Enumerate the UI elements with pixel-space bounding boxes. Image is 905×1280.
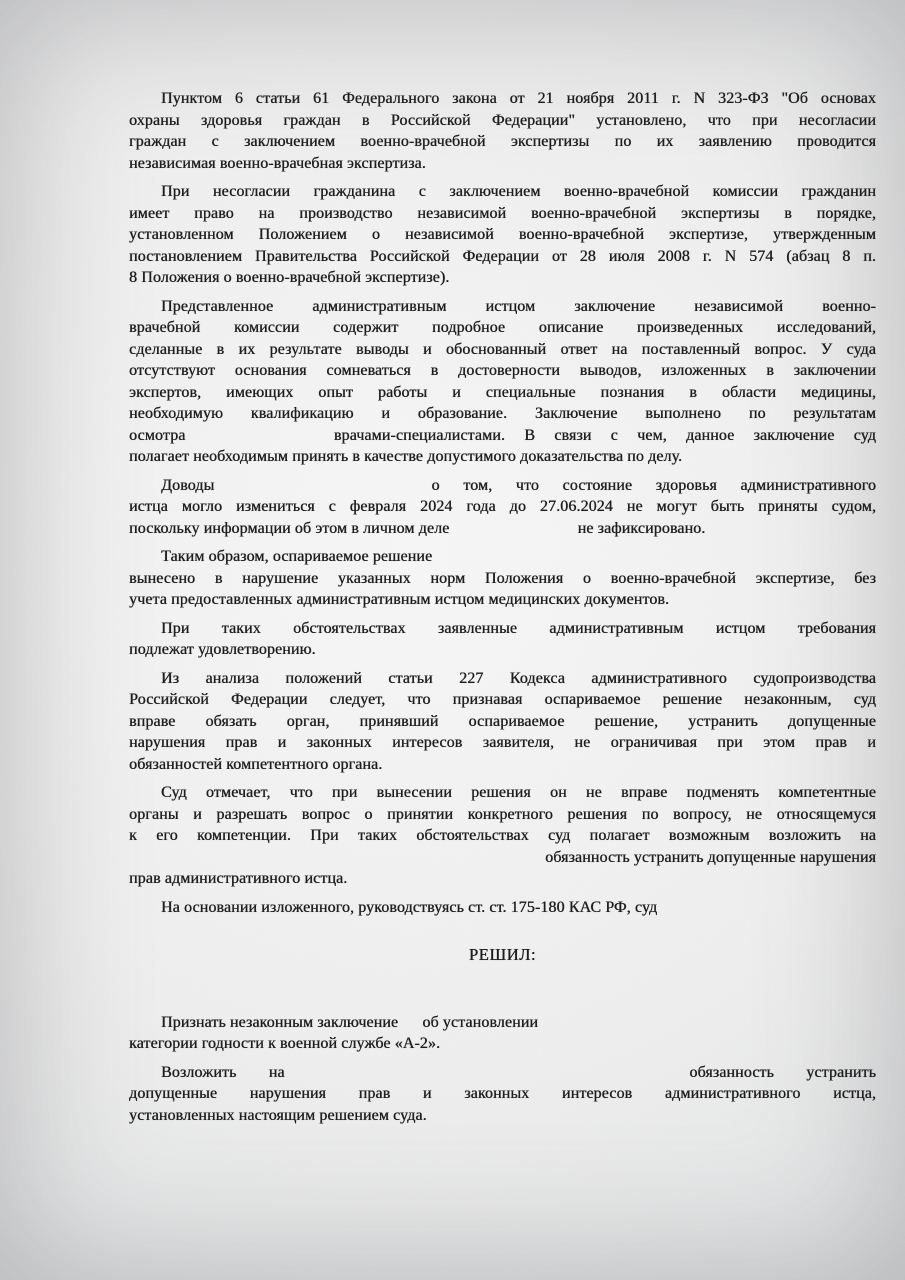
text-run: врачами-специалистами. В связи с чем, да…: [334, 427, 876, 444]
text-run: подлежат удовлетворению.: [129, 641, 316, 658]
text-line: сделанные в их результате выводы и обосн…: [129, 339, 876, 361]
decision-heading: РЕШИЛ:: [129, 944, 876, 966]
text-run: полагает необходимым принять в качестве …: [129, 448, 682, 465]
text-run: Российской Федерации следует, что призна…: [129, 691, 876, 708]
text-line: установленных настоящим решением суда.: [129, 1105, 876, 1127]
paragraph: Доводы о том, что состояние здоровья адм…: [129, 475, 876, 540]
paragraph: Пунктом 6 статьи 61 Федерального закона …: [129, 88, 876, 174]
text-run: вправе обязать орган, принявший оспарива…: [129, 713, 876, 730]
document-page: Пунктом 6 статьи 61 Федерального закона …: [0, 0, 905, 1280]
text-line: экспертов, имеющих опыт работы и специал…: [129, 382, 876, 404]
paragraph: При таких обстоятельствах заявленные адм…: [129, 618, 876, 661]
text-run: Таким образом, оспариваемое решение: [161, 548, 432, 565]
redaction-gap: [238, 489, 408, 490]
text-run: отсутствуют основания сомневаться в дост…: [129, 362, 876, 379]
paragraph: Суд отмечает, что при вынесении решения …: [129, 782, 876, 890]
text-line: обязанность устранить допущенные нарушен…: [129, 847, 876, 869]
text-run: охраны здоровья граждан в Российской Фед…: [129, 112, 876, 129]
text-line: подлежат удовлетворению.: [129, 639, 876, 661]
text-run: нарушения прав и законных интересов заяв…: [129, 734, 876, 751]
text-line: независимая военно-врачебная экспертиза.: [129, 153, 876, 175]
text-run: постановлением Правительства Российской …: [129, 248, 876, 265]
text-line: вправе обязать орган, принявший оспарива…: [129, 711, 876, 733]
text-line: Признать незаконным заключение об устано…: [129, 1012, 876, 1034]
paragraph: Возложить на обязанность устранитьдопуще…: [129, 1062, 876, 1127]
text-line: 8 Положения о военно-врачебной экспертиз…: [129, 267, 876, 289]
text-line: Таким образом, оспариваемое решение: [129, 546, 876, 568]
text-run: При таких обстоятельствах заявленные адм…: [161, 620, 876, 637]
text-run: граждан с заключением военно-врачебной э…: [129, 133, 876, 150]
text-run: учета предоставленных административным и…: [129, 591, 669, 608]
text-run: Доводы: [161, 477, 214, 494]
court-decision-text: Пунктом 6 статьи 61 Федерального закона …: [129, 88, 876, 1133]
text-run: Из анализа положений статьи 227 Кодекса …: [161, 670, 876, 687]
text-run: поскольку информации об этом в личном де…: [129, 520, 449, 537]
text-line: органы и разрешать вопрос о принятии кон…: [129, 804, 876, 826]
text-run: истца могло измениться с февраля 2024 го…: [129, 498, 876, 515]
text-line: вынесено в нарушение указанных норм Поло…: [129, 568, 876, 590]
text-line: необходимую квалификацию и образование. …: [129, 403, 876, 425]
text-line: отсутствуют основания сомневаться в дост…: [129, 360, 876, 382]
text-line: нарушения прав и законных интересов заяв…: [129, 732, 876, 754]
text-line: истца могло измениться с февраля 2024 го…: [129, 496, 876, 518]
text-line: прав административного истца.: [129, 868, 876, 890]
text-line: врачебной комиссии содержит подробное оп…: [129, 317, 876, 339]
text-line: постановлением Правительства Российской …: [129, 246, 876, 268]
text-run: имеет право на производство независимой …: [129, 205, 876, 222]
text-run: органы и разрешать вопрос о принятии кон…: [129, 806, 876, 823]
text-line: На основании изложенного, руководствуясь…: [129, 897, 876, 919]
text-run: не зафиксировано.: [578, 520, 706, 537]
text-run: допущенные нарушения прав и законных инт…: [129, 1085, 876, 1102]
text-line: охраны здоровья граждан в Российской Фед…: [129, 110, 876, 132]
text-run: о том, что состояние здоровья администра…: [432, 477, 876, 494]
text-run: Пунктом 6 статьи 61 Федерального закона …: [161, 90, 876, 107]
text-line: граждан с заключением военно-врачебной э…: [129, 131, 876, 153]
redaction-gap: [205, 439, 315, 440]
text-run: При несогласии гражданина с заключением …: [161, 183, 876, 200]
text-run: установленном Положением о независимой в…: [129, 226, 876, 243]
text-run: обязанностей компетентного органа.: [129, 756, 382, 773]
text-line: Доводы о том, что состояние здоровья адм…: [129, 475, 876, 497]
text-run: установленных настоящим решением суда.: [129, 1107, 427, 1124]
text-line: Пунктом 6 статьи 61 Федерального закона …: [129, 88, 876, 110]
text-line: обязанностей компетентного органа.: [129, 754, 876, 776]
redaction-gap: [317, 1076, 657, 1077]
text-run: 8 Положения о военно-врачебной экспертиз…: [129, 269, 449, 286]
text-line: к его компетенции. При таких обстоятельс…: [129, 825, 876, 847]
text-run: На основании изложенного, руководствуясь…: [161, 899, 657, 916]
text-line: осмотра врачами-специалистами. В связи с…: [129, 425, 876, 447]
redaction-gap: [402, 1026, 418, 1027]
text-run: Представленное административным истцом з…: [161, 298, 876, 315]
text-line: Суд отмечает, что при вынесении решения …: [129, 782, 876, 804]
text-line: учета предоставленных административным и…: [129, 589, 876, 611]
text-line: При несогласии гражданина с заключением …: [129, 181, 876, 203]
paragraph: Признать незаконным заключение об устано…: [129, 1012, 876, 1055]
text-line: Из анализа положений статьи 227 Кодекса …: [129, 668, 876, 690]
text-line: При таких обстоятельствах заявленные адм…: [129, 618, 876, 640]
text-run: прав административного истца.: [129, 870, 347, 887]
text-run: Возложить на: [161, 1064, 285, 1081]
paragraph: Таким образом, оспариваемое решениевынес…: [129, 546, 876, 611]
text-run: обязанность устранить допущенные нарушен…: [545, 849, 876, 866]
paragraph: При несогласии гражданина с заключением …: [129, 181, 876, 289]
paragraph: Из анализа положений статьи 227 Кодекса …: [129, 668, 876, 776]
text-run: Признать незаконным заключение: [161, 1014, 398, 1031]
text-run: Суд отмечает, что при вынесении решения …: [161, 784, 876, 801]
text-run: экспертов, имеющих опыт работы и специал…: [129, 384, 876, 401]
redaction-gap: [453, 532, 573, 533]
text-line: Российской Федерации следует, что призна…: [129, 689, 876, 711]
text-line: поскольку информации об этом в личном де…: [129, 518, 876, 540]
text-run: обязанность устранить: [689, 1064, 876, 1081]
text-run: врачебной комиссии содержит подробное оп…: [129, 319, 876, 336]
text-run: необходимую квалификацию и образование. …: [129, 405, 876, 422]
text-run: осмотра: [129, 427, 185, 444]
text-line: имеет право на производство независимой …: [129, 203, 876, 225]
text-run: об установлении: [422, 1014, 538, 1031]
text-run: вынесено в нарушение указанных норм Поло…: [129, 570, 876, 587]
paragraph: Представленное административным истцом з…: [129, 296, 876, 468]
text-line: категории годности к военной службе «А-2…: [129, 1033, 876, 1055]
text-run: категории годности к военной службе «А-2…: [129, 1035, 440, 1052]
text-line: Возложить на обязанность устранить: [129, 1062, 876, 1084]
paragraph: На основании изложенного, руководствуясь…: [129, 897, 876, 919]
text-line: установленном Положением о независимой в…: [129, 224, 876, 246]
text-run: независимая военно-врачебная экспертиза.: [129, 155, 426, 172]
text-line: полагает необходимым принять в качестве …: [129, 446, 876, 468]
text-run: к его компетенции. При таких обстоятельс…: [129, 827, 876, 844]
text-line: Представленное административным истцом з…: [129, 296, 876, 318]
text-line: допущенные нарушения прав и законных инт…: [129, 1083, 876, 1105]
text-run: сделанные в их результате выводы и обосн…: [129, 341, 876, 358]
